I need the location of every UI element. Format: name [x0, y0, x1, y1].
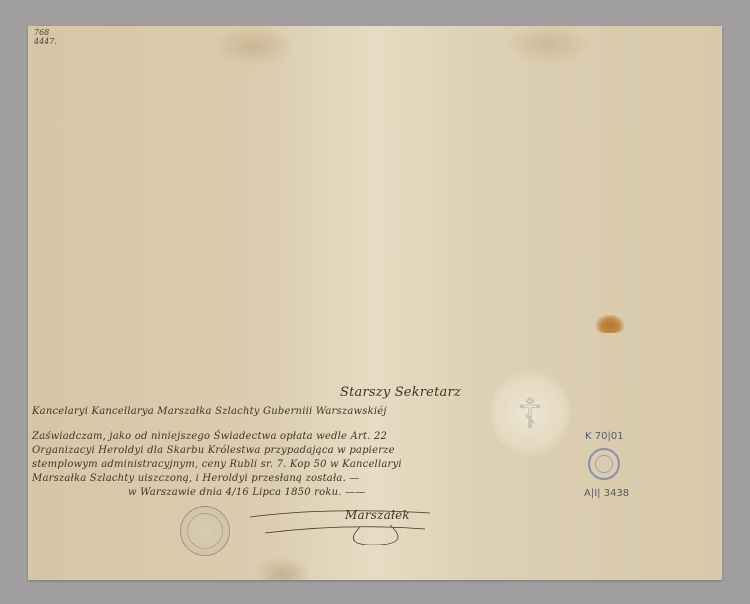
body-line: Organizacyi Heroldyi dla Skarbu Królestw…	[32, 445, 395, 456]
library-stamp-icon	[588, 448, 620, 480]
archive-a-code: A|I| 3438	[584, 488, 629, 499]
rust-stain	[596, 315, 624, 333]
archive-number: 768 4447.	[34, 28, 57, 46]
document-heading: Starszy Sekretarz	[340, 385, 461, 400]
document-subheading: Kancelaryi Kancellarya Marszałka Szlacht…	[32, 406, 387, 417]
ink-seal-icon	[180, 506, 230, 556]
body-line: Marszałka Szlachty uiszczoną, i Heroldyi…	[32, 473, 360, 484]
embossed-eagle-seal-icon: ☦	[490, 370, 570, 456]
body-line: stemplowym administracyjnym, ceny Rubli …	[32, 459, 402, 470]
archive-k-code: K 70|01	[585, 431, 624, 442]
place-date: w Warszawie dnia 4/16 Lipca 1850 roku. —…	[128, 487, 365, 498]
body-line: Zaświadczam, jako od niniejszego Świadec…	[32, 431, 387, 442]
signature: Marszałek	[345, 508, 410, 522]
